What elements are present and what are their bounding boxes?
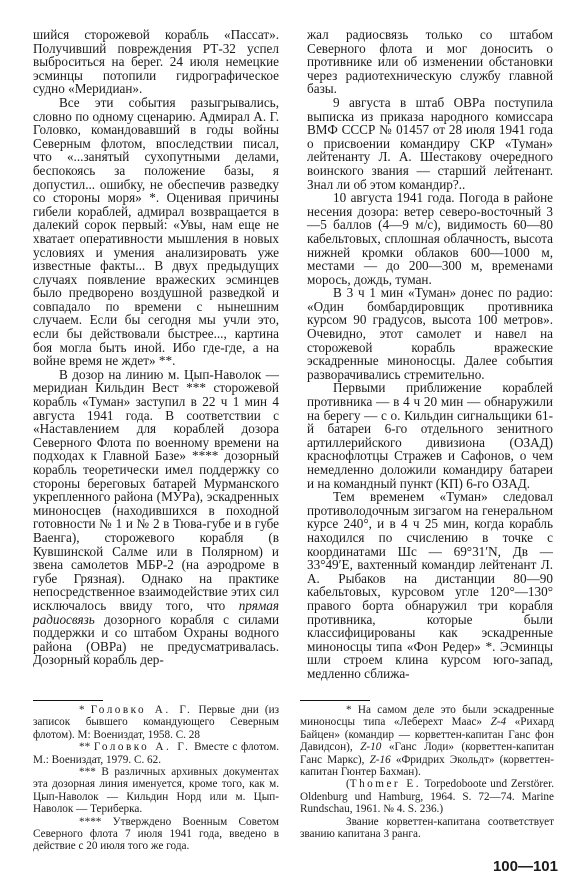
footnote-note: Звание корветтен-капитана соответствует … (300, 816, 554, 841)
footnote: * Головко А. Г. Первые дни (из записок б… (33, 704, 279, 741)
paragraph-text: В дозор на линию м. Цып-Наволок — мериди… (33, 367, 279, 613)
paragraph: Тем временем «Туман» следовал противолод… (307, 490, 553, 680)
page-number: 100—101 (493, 858, 558, 875)
paragraph: 10 августа 1941 года. Погода в районе не… (307, 191, 553, 286)
paragraph: В дозор на линию м. Цып-Наволок — мериди… (33, 368, 279, 667)
footnote-divider (300, 700, 370, 701)
footnote: ** Головко А. Г. Вместе с флотом. М.: Во… (33, 741, 279, 766)
ship-code: Z-4 (491, 716, 507, 728)
footnote-divider (33, 700, 103, 701)
left-footnotes: * Головко А. Г. Первые дни (из записок б… (33, 704, 279, 853)
ship-code: Z-16 (370, 754, 391, 766)
ship-code: Z-10 (360, 741, 381, 753)
footnote-author: Головко А. Г. (94, 741, 191, 753)
footnote-source: (Thomer E. Torpedoboote und Zerstörer. O… (300, 778, 554, 815)
footnote-author: Thomer E. (350, 778, 421, 790)
paragraph: Все эти события разыгрывались, словно по… (33, 96, 279, 368)
footnote: **** Утверждено Военным Советом Северног… (33, 816, 279, 853)
paragraph: 9 августа в штаб ОВРа поступила выписка … (307, 96, 553, 191)
footnote: *** В различных архивных документах эта … (33, 766, 279, 816)
right-footnotes: * На самом деле это были эскадренные мин… (300, 704, 554, 840)
left-column: шийся сторожевой корабль «Пассат». Получ… (33, 28, 279, 667)
paragraph: жал радиосвязь только со штабом Северног… (307, 28, 553, 96)
right-column: жал радиосвязь только со штабом Северног… (307, 28, 553, 681)
paragraph: Первыми приближение кораблей противника … (307, 381, 553, 490)
paragraph: В 3 ч 1 мин «Туман» донес по радио: «Оди… (307, 286, 553, 381)
paragraph: шийся сторожевой корабль «Пассат». Получ… (33, 28, 279, 96)
footnote: * На самом деле это были эскадренные мин… (300, 704, 554, 778)
footnote-author: Головко А. Г. (91, 704, 193, 716)
